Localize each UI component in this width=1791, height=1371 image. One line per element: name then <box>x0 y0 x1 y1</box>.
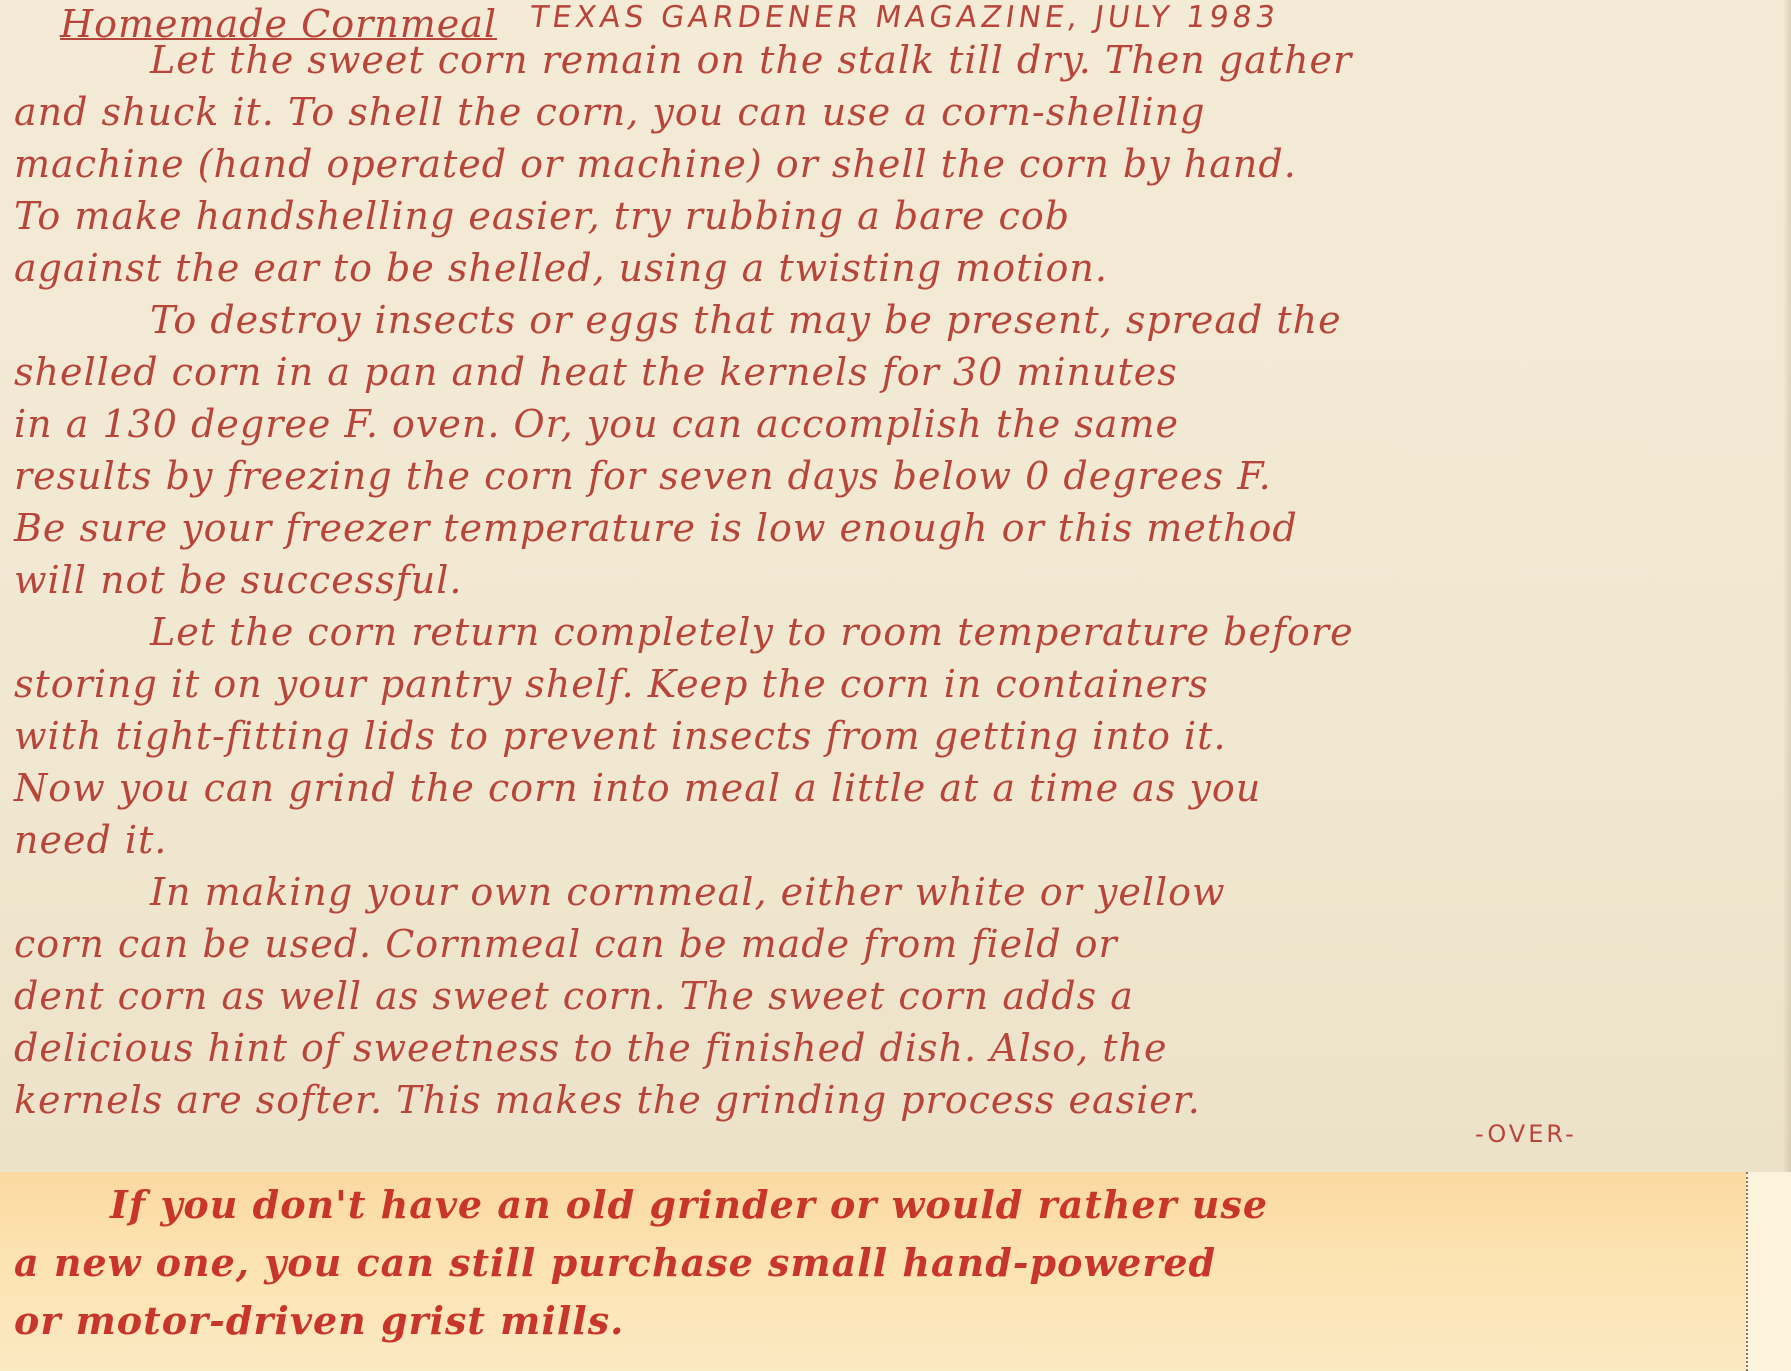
card-line: delicious hint of sweetness to the finis… <box>14 1026 1168 1070</box>
card-line: storing it on your pantry shelf. Keep th… <box>14 662 1209 706</box>
back-line: If you don't have an old grinder or woul… <box>110 1182 1268 1227</box>
back-line: a new one, you can still purchase small … <box>14 1240 1216 1285</box>
card-line: corn can be used. Cornmeal can be made f… <box>14 922 1118 966</box>
card-edge <box>1746 1172 1791 1371</box>
card-line: machine (hand operated or machine) or sh… <box>14 142 1297 186</box>
card-line: Let the corn return completely to room t… <box>150 610 1354 654</box>
card-line: with tight-fitting lids to prevent insec… <box>14 714 1227 758</box>
card-line: kernels are softer. This makes the grind… <box>14 1078 1201 1122</box>
card-line: results by freezing the corn for seven d… <box>14 454 1272 498</box>
card-line: in a 130 degree F. oven. Or, you can acc… <box>14 402 1179 446</box>
back-line: or motor-driven grist mills. <box>14 1298 624 1343</box>
card-line: Let the sweet corn remain on the stalk t… <box>150 38 1352 82</box>
card-line: To destroy insects or eggs that may be p… <box>150 298 1342 342</box>
card-line: Be sure your freezer temperature is low … <box>14 506 1298 550</box>
recipe-source: TEXAS GARDENER MAGAZINE, JULY 1983 <box>528 0 1282 35</box>
card-line: against the ear to be shelled, using a t… <box>14 246 1108 290</box>
card-line: Now you can grind the corn into meal a l… <box>14 766 1261 810</box>
card-line: In making your own cornmeal, either whit… <box>150 870 1226 914</box>
card-line: To make handshelling easier, try rubbing… <box>14 194 1070 238</box>
card-line: and shuck it. To shell the corn, you can… <box>14 90 1205 134</box>
card-line: dent corn as well as sweet corn. The swe… <box>14 974 1134 1018</box>
card-line: will not be successful. <box>14 558 462 602</box>
over-label: -OVER- <box>1475 1120 1577 1148</box>
card-line: need it. <box>14 818 167 862</box>
card-line: shelled corn in a pan and heat the kerne… <box>14 350 1178 394</box>
